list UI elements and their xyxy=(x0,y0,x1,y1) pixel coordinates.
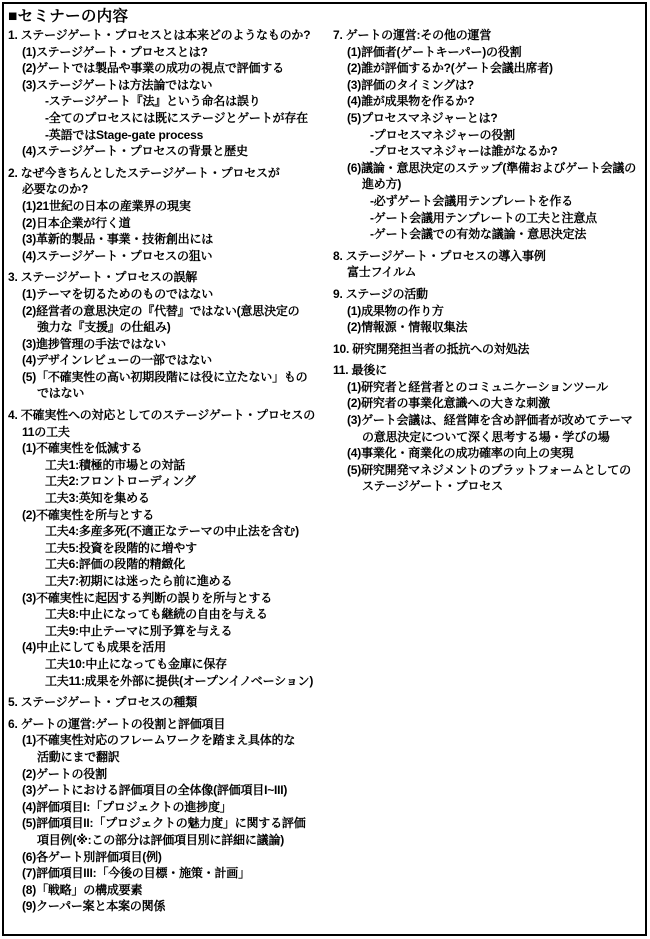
outline-line: 進め方) xyxy=(333,176,647,193)
outline-line: (5)「不確実性の高い初期段階には役に立たない」もの xyxy=(8,369,332,386)
outline-line: 工夫4:多産多死(不適正なテーマの中止法を含む) xyxy=(8,523,332,540)
outline-line: (3)ゲートにおける評価項目の全体像(評価項目I~III) xyxy=(8,782,332,799)
outline-line: 工夫9:中止テーマに別予算を与える xyxy=(8,623,332,640)
outline-line: (3)革新的製品・事業・技術創出には xyxy=(8,231,332,248)
outline-item: 3. ステージゲート・プロセスの誤解 xyxy=(8,269,332,286)
outline-line: の意思決定について深く思考する場・学びの場 xyxy=(333,429,647,446)
outline-line: -英語ではStage-gate process xyxy=(8,127,332,144)
outline-line: 工夫3:英知を集める xyxy=(8,490,332,507)
outline-line: (3)ステージゲートは方法論ではない xyxy=(8,77,332,94)
outline-line: -全てのプロセスには既にステージとゲートが存在 xyxy=(8,110,332,127)
outline-item: 10. 研究開発担当者の抵抗への対処法 xyxy=(333,341,647,358)
outline-line: (5)研究開発マネジメントのプラットフォームとしての xyxy=(333,462,647,479)
outline-line: (5)プロセスマネジャーとは? xyxy=(333,110,647,127)
outline-line: 工夫6:評価の段階的精緻化 xyxy=(8,556,332,573)
outline-line: (1)不確実性を低減する xyxy=(8,440,332,457)
outline-line: 工夫8:中止になっても継続の自由を与える xyxy=(8,606,332,623)
outline-line: -ステージゲート『法』という命名は誤り xyxy=(8,93,332,110)
outline-item: 6. ゲートの運営:ゲートの役割と評価項目 xyxy=(8,716,332,733)
outline-line: 強力な『支援』の仕組み) xyxy=(8,319,332,336)
outline-line: ではない xyxy=(8,385,332,402)
outline-line: (9)クーパー案と本案の関係 xyxy=(8,898,332,915)
outline-line: -必ずゲート会議用テンプレートを作る xyxy=(333,193,647,210)
outline-line: (4)ステージゲート・プロセスの狙い xyxy=(8,248,332,265)
outline-line: 必要なのか? xyxy=(8,181,332,198)
outline-line: (2)ゲートの役割 xyxy=(8,766,332,783)
outline-line: (2)誰が評価するか?(ゲート会議出席者) xyxy=(333,60,647,77)
outline-line: (4)ステージゲート・プロセスの背景と歴史 xyxy=(8,143,332,160)
outline-line: (4)評価項目I:「プロジェクトの進捗度」 xyxy=(8,799,332,816)
outline-line: (4)誰が成果物を作るか? xyxy=(333,93,647,110)
outline-line: (2)ゲートでは製品や事業の成功の視点で評価する xyxy=(8,60,332,77)
outline-line: 工夫7:初期には迷ったら前に進める xyxy=(8,573,332,590)
outline-item: 7. ゲートの運営:その他の運営 xyxy=(333,27,647,44)
outline-item: 4. 不確実性への対応としてのステージゲート・プロセスの xyxy=(8,407,332,424)
outline-line: (1)成果物の作り方 xyxy=(333,303,647,320)
outline-line: (2)日本企業が行く道 xyxy=(8,215,332,232)
outline-line: (6)議論・意思決定のステップ(準備およびゲート会議の xyxy=(333,160,647,177)
outline-line: (8)「戦略」の構成要素 xyxy=(8,882,332,899)
outline-line: (4)中止にしても成果を活用 xyxy=(8,639,332,656)
outline-column-right: 7. ゲートの運営:その他の運営(1)評価者(ゲートキーパー)の役割(2)誰が評… xyxy=(333,22,647,495)
outline-line: -プロセスマネジャーは誰がなるか? xyxy=(333,143,647,160)
outline-item: 1. ステージゲート・プロセスとは本来どのようなものか? xyxy=(8,27,332,44)
outline-line: (2)不確実性を所与とする xyxy=(8,507,332,524)
outline-line: (3)評価のタイミングは? xyxy=(333,77,647,94)
outline-column-left: 1. ステージゲート・プロセスとは本来どのようなものか?(1)ステージゲート・プ… xyxy=(8,22,332,915)
outline-line: (1)研究者と経営者とのコミュニケーションツール xyxy=(333,379,647,396)
outline-line: (7)評価項目III:「今後の目標・施策・計画」 xyxy=(8,865,332,882)
outline-line: ステージゲート・プロセス xyxy=(333,478,647,495)
outline-line: -ゲート会議用テンプレートの工夫と注意点 xyxy=(333,210,647,227)
outline-line: (2)情報源・情報収集法 xyxy=(333,319,647,336)
outline-item: 2. なぜ今きちんとしたステージゲート・プロセスが xyxy=(8,165,332,182)
outline-line: -ゲート会議での有効な議論・意思決定法 xyxy=(333,226,647,243)
outline-line: (3)不確実性に起因する判断の誤りを所与とする xyxy=(8,590,332,607)
outline-line: 富士フイルム xyxy=(333,264,647,281)
outline-line: 活動にまで翻訳 xyxy=(8,749,332,766)
outline-line: (5)評価項目II:「プロジェクトの魅力度」に関する評価 xyxy=(8,815,332,832)
outline-line: (4)デザインレビューの一部ではない xyxy=(8,352,332,369)
outline-line: 11の工夫 xyxy=(8,424,332,441)
outline-line: 工夫5:投資を段階的に増やす xyxy=(8,540,332,557)
outline-item: 11. 最後に xyxy=(333,362,647,379)
outline-line: (1)ステージゲート・プロセスとは? xyxy=(8,44,332,61)
outline-line: (6)各ゲート別評価項目(例) xyxy=(8,849,332,866)
outline-line: (2)研究者の事業化意識への大きな刺激 xyxy=(333,395,647,412)
outline-item: 8. ステージゲート・プロセスの導入事例 xyxy=(333,248,647,265)
outline-line: 工夫10:中止になっても金庫に保存 xyxy=(8,656,332,673)
outline-line: (1)テーマを切るためのものではない xyxy=(8,286,332,303)
outline-line: (4)事業化・商業化の成功確率の向上の実現 xyxy=(333,445,647,462)
outline-line: 工夫2:フロントローディング xyxy=(8,473,332,490)
outline-line: 工夫1:積極的市場との対話 xyxy=(8,457,332,474)
outline-line: 工夫11:成果を外部に提供(オープンイノベーション) xyxy=(8,673,332,690)
outline-line: (1)不確実性対応のフレームワークを踏まえ具体的な xyxy=(8,732,332,749)
outline-line: 項目例(※:この部分は評価項目別に詳細に議論) xyxy=(8,832,332,849)
outline-line: (1)21世紀の日本の産業界の現実 xyxy=(8,198,332,215)
outline-line: (2)経営者の意思決定の『代替』ではない(意思決定の xyxy=(8,303,332,320)
outline-line: -プロセスマネジャーの役割 xyxy=(333,127,647,144)
outline-item: 5. ステージゲート・プロセスの種類 xyxy=(8,694,332,711)
outline-line: (3)ゲート会議は、経営陣を含め評価者が改めてテーマ xyxy=(333,412,647,429)
seminar-outline-document: ■セミナーの内容 1. ステージゲート・プロセスとは本来どのようなものか?(1)… xyxy=(0,0,650,939)
outline-line: (1)評価者(ゲートキーパー)の役割 xyxy=(333,44,647,61)
outline-item: 9. ステージの活動 xyxy=(333,286,647,303)
outline-line: (3)進捗管理の手法ではない xyxy=(8,336,332,353)
